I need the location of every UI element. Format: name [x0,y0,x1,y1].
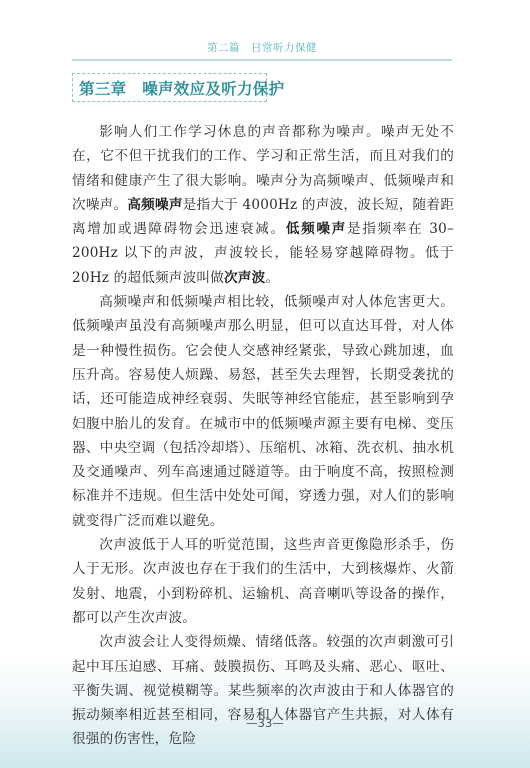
paragraph: 影响人们工作学习休息的声音都称为噪声。噪声无处不在，它不但干扰我们的工作、学习和… [72,120,454,290]
term-infrasound: 次声波 [224,270,265,286]
term-low-frequency-noise: 低频噪声 [286,221,347,237]
body-text: 影响人们工作学习休息的声音都称为噪声。噪声无处不在，它不但干扰我们的工作、学习和… [72,120,454,752]
paragraph: 次声波低于人耳的听觉范围，这些声音更像隐形杀手，伤人于无形。次声波也存在于我们的… [72,533,454,630]
text-segment: 次声波低于人耳的听觉范围，这些声音更像隐形杀手，伤人于无形。次声波也存在于我们的… [72,537,454,626]
chapter-title: 第三章 噪声效应及听力保护 [79,77,284,99]
text-segment: 。 [265,270,279,286]
running-header: 第二篇 日常听力保健 [72,40,452,55]
term-high-frequency-noise: 高频噪声 [127,197,182,213]
text-segment: 高频噪声和低频噪声相比较，低频噪声对人体危害更大。低频噪声虽没有高频噪声那么明显… [72,294,454,529]
paragraph: 高频噪声和低频噪声相比较，低频噪声对人体危害更大。低频噪声虽没有高频噪声那么明显… [72,290,454,533]
header-rule [72,59,452,61]
paragraph: 次声波会让人变得烦燥、情绪低落。较强的次声刺激可引起中耳压迫感、耳痛、鼓膜损伤、… [72,630,454,751]
page-number: —33— [0,716,530,730]
text-segment: 次声波会让人变得烦燥、情绪低落。较强的次声刺激可引起中耳压迫感、耳痛、鼓膜损伤、… [72,634,454,747]
chapter-heading-box: 第三章 噪声效应及听力保护 [72,73,267,102]
